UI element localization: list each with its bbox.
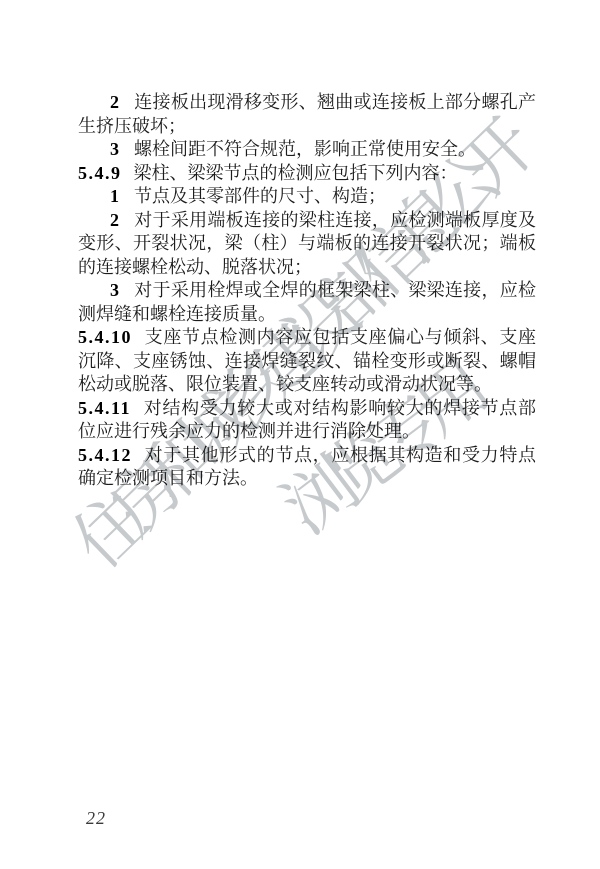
- clause-paragraph: 5.4.11对结构受力较大或对结构影响较大的焊接节点部位应进行残余应力的检测并进…: [78, 397, 536, 444]
- item-number: 2: [110, 92, 119, 112]
- page-number: 22: [86, 808, 106, 829]
- item-number: 3: [110, 139, 119, 159]
- clause-paragraph: 5.4.10支座节点检测内容应包括支座偏心与倾斜、支座沉降、支座锈蚀、连接焊缝裂…: [78, 326, 536, 397]
- clause-text: 对于其他形式的节点，应根据其构造和受力特点确定检测项目和方法。: [78, 445, 536, 489]
- clause-item: 2对于采用端板连接的梁柱连接，应检测端板厚度及变形、开裂状况，梁（柱）与端板的连…: [78, 209, 536, 280]
- clause-text: 支座节点检测内容应包括支座偏心与倾斜、支座沉降、支座锈蚀、连接焊缝裂纹、锚栓变形…: [78, 327, 536, 394]
- item-text: 节点及其零部件的尺寸、构造；: [134, 186, 386, 206]
- clause-item: 3螺栓间距不符合规范，影响正常使用安全。: [78, 138, 536, 162]
- clause-paragraph: 5.4.9梁柱、梁梁节点的检测应包括下列内容：: [78, 162, 536, 186]
- item-text: 螺栓间距不符合规范，影响正常使用安全。: [134, 139, 476, 159]
- clause-item: 1节点及其零部件的尺寸、构造；: [78, 185, 536, 209]
- item-text: 对于采用栓焊或全焊的框架梁柱、梁梁连接，应检测焊缝和螺栓连接质量。: [78, 280, 536, 324]
- item-text: 对于采用端板连接的梁柱连接，应检测端板厚度及变形、开裂状况，梁（柱）与端板的连接…: [78, 210, 536, 277]
- document-page: 住房和城乡建设部信息公开 浏览专用 2连接板出现滑移变形、翘曲或连接板上部分螺孔…: [0, 0, 600, 869]
- clause-number: 5.4.11: [78, 398, 131, 418]
- item-text: 连接板出现滑移变形、翘曲或连接板上部分螺孔产生挤压破坏；: [78, 92, 536, 136]
- clause-text-block: 2连接板出现滑移变形、翘曲或连接板上部分螺孔产生挤压破坏； 3螺栓间距不符合规范…: [78, 91, 536, 491]
- clause-text: 梁柱、梁梁节点的检测应包括下列内容：: [134, 163, 458, 183]
- clause-item: 3对于采用栓焊或全焊的框架梁柱、梁梁连接，应检测焊缝和螺栓连接质量。: [78, 279, 536, 326]
- clause-paragraph: 5.4.12对于其他形式的节点，应根据其构造和受力特点确定检测项目和方法。: [78, 444, 536, 491]
- clause-item: 2连接板出现滑移变形、翘曲或连接板上部分螺孔产生挤压破坏；: [78, 91, 536, 138]
- item-number: 1: [110, 186, 119, 206]
- clause-number: 5.4.12: [78, 445, 132, 465]
- clause-text: 对结构受力较大或对结构影响较大的焊接节点部位应进行残余应力的检测并进行消除处理。: [78, 398, 536, 442]
- clause-number: 5.4.10: [78, 327, 132, 347]
- item-number: 2: [110, 210, 119, 230]
- clause-number: 5.4.9: [78, 163, 122, 183]
- item-number: 3: [110, 280, 119, 300]
